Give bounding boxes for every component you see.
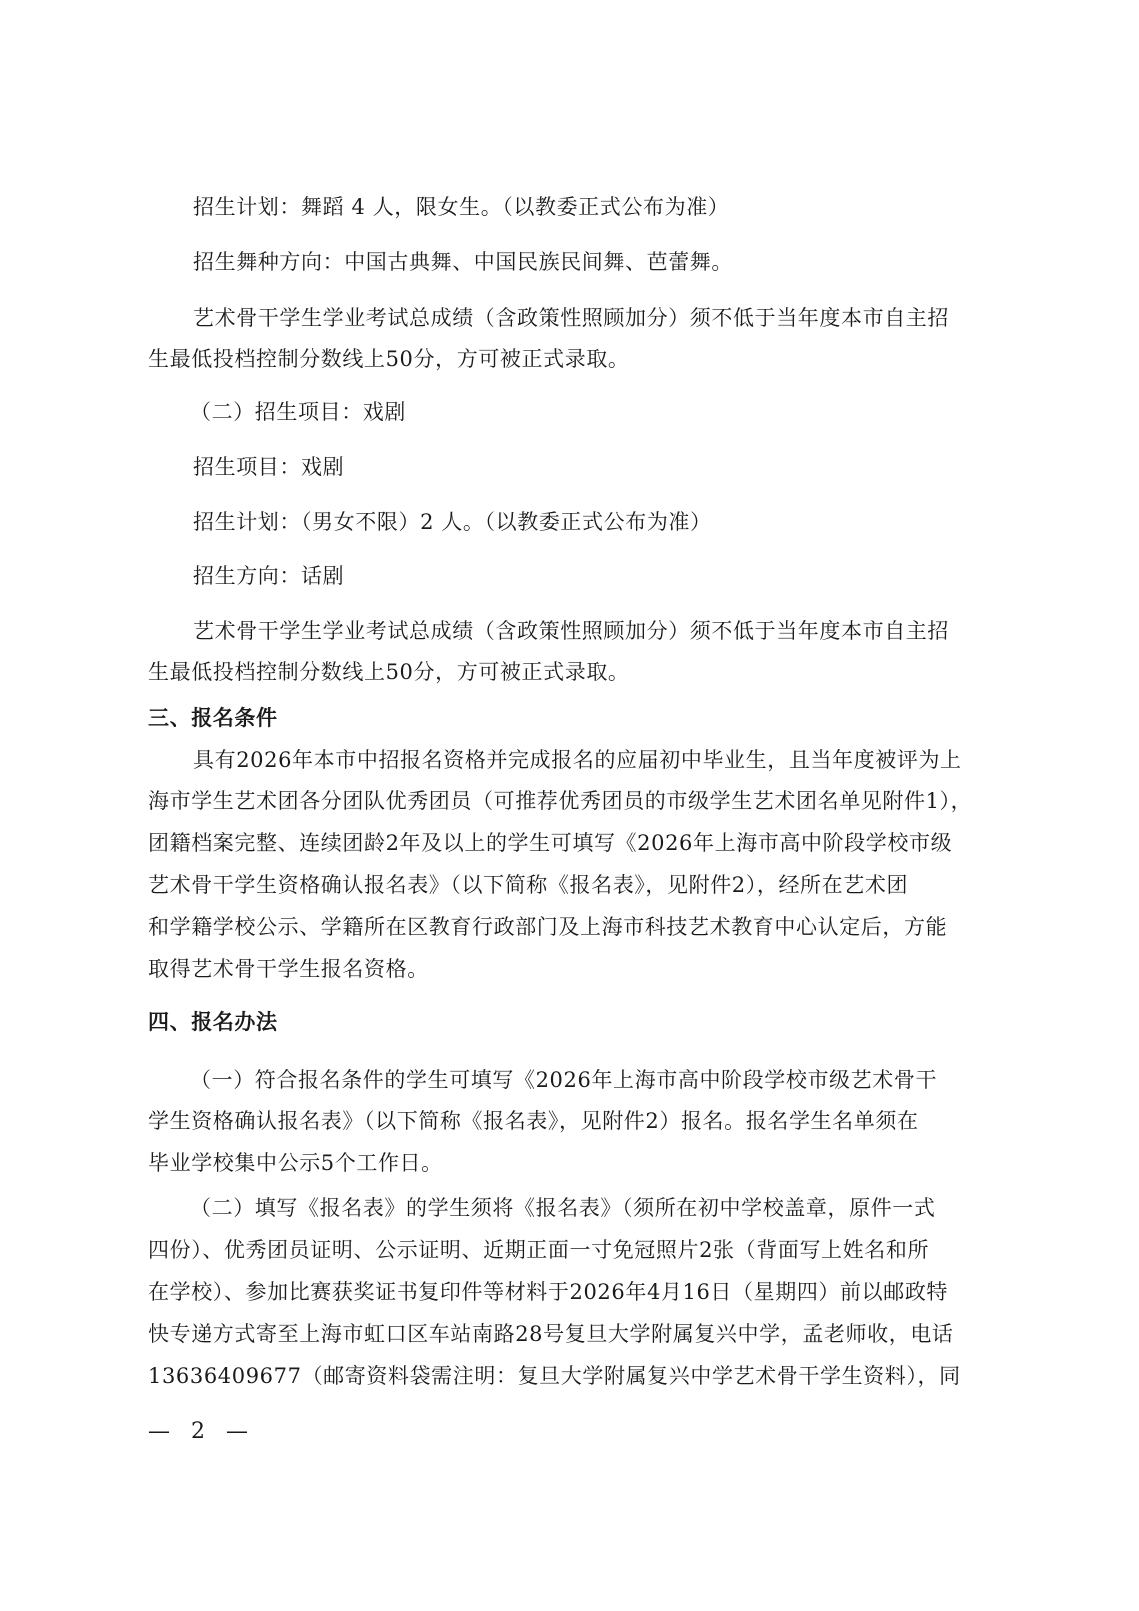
method-item2-line: （二）填写《报名表》的学生须将《报名表》（须所在初中学校盖章，原件一式: [190, 1194, 936, 1222]
drama-section-title: （二）招生项目：戏剧: [190, 398, 406, 426]
conditions-line: 具有2026年本市中招报名资格并完成报名的应届初中毕业生，且当年度被评为上: [193, 746, 962, 774]
method-item1-line: 学生资格确认报名表》（以下简称《报名表》，见附件2）报名。报名学生名单须在: [148, 1107, 919, 1135]
drama-direction: 招生方向：话剧: [193, 562, 344, 590]
method-item2-line: 13636409677（邮寄资料袋需注明：复旦大学附属复兴中学艺术骨干学生资料）…: [148, 1362, 961, 1390]
method-heading: 四、报名办法: [148, 1008, 278, 1036]
method-item2-line: 快专递方式寄至上海市虹口区车站南路28号复旦大学附属复兴中学，孟老师收，电话: [148, 1320, 954, 1348]
conditions-line: 艺术骨干学生资格确认报名表》（以下简称《报名表》，见附件2），经所在艺术团: [148, 871, 908, 899]
conditions-heading: 三、报名条件: [148, 704, 278, 732]
method-item1-line: 毕业学校集中公示5个工作日。: [148, 1149, 443, 1177]
dance-enrollment-plan: 招生计划：舞蹈 4 人，限女生。（以教委正式公布为准）: [193, 193, 729, 221]
page-number: — 2 —: [148, 1418, 248, 1446]
drama-enrollment-plan: 招生计划：（男女不限）2 人。（以教委正式公布为准）: [193, 508, 712, 536]
method-item2-line: 在学校）、参加比赛获奖证书复印件等材料于2026年4月16日（星期四）前以邮政特: [148, 1278, 948, 1306]
method-item2-line: 四份）、优秀团员证明、公示证明、近期正面一寸免冠照片2张（背面写上姓名和所: [148, 1236, 929, 1264]
conditions-line: 海市学生艺术团各分团队优秀团员（可推荐优秀团员的市级学生艺术团名单见附件1），: [148, 787, 972, 815]
drama-score-requirement-line-2: 生最低投档控制分数线上50分，方可被正式录取。: [148, 658, 630, 686]
method-item1-line: （一）符合报名条件的学生可填写《2026年上海市高中阶段学校市级艺术骨干: [190, 1066, 937, 1094]
conditions-line: 和学籍学校公示、学籍所在区教育行政部门及上海市科技艺术教育中心认定后，方能: [148, 913, 947, 941]
drama-enrollment-item: 招生项目：戏剧: [193, 453, 344, 481]
dance-style-direction: 招生舞种方向：中国古典舞、中国民族民间舞、芭蕾舞。: [193, 248, 733, 276]
conditions-line: 取得艺术骨干学生报名资格。: [148, 955, 429, 983]
dance-score-requirement-line-1: 艺术骨干学生学业考试总成绩（含政策性照顾加分）须不低于当年度本市自主招: [193, 304, 949, 332]
dance-score-requirement-line-2: 生最低投档控制分数线上50分，方可被正式录取。: [148, 345, 630, 373]
drama-score-requirement-line-1: 艺术骨干学生学业考试总成绩（含政策性照顾加分）须不低于当年度本市自主招: [193, 617, 949, 645]
conditions-line: 团籍档案完整、连续团龄2年及以上的学生可填写《2026年上海市高中阶段学校市级: [148, 829, 952, 857]
